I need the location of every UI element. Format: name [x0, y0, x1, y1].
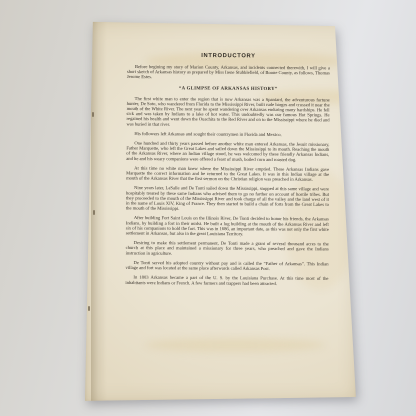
paper-age-stain: [260, 90, 380, 104]
paragraph: One hundred and thirty years passed befo…: [126, 141, 329, 163]
staple: [93, 210, 95, 215]
page-content: INTRODUCTORY Before begining my story of…: [125, 52, 330, 291]
paragraph: His followers left Arkansas and sought t…: [126, 131, 329, 138]
paragraph: The first white man to enter the region …: [126, 96, 329, 128]
paper-age-stain: [285, 170, 355, 290]
page-paper: INTRODUCTORY Before begining my story of…: [85, 20, 357, 402]
staple: [88, 306, 90, 311]
photo-background: INTRODUCTORY Before begining my story of…: [0, 0, 416, 416]
section-heading: “A GLIMPSE OF ARKANSAS HISTORY”: [127, 85, 330, 92]
intro-paragraph: Before begining my story of Marion Count…: [127, 64, 330, 81]
paragraph: After building Fort Saint Louis on the I…: [126, 215, 329, 237]
paper-age-stain: [145, 52, 345, 70]
paragraph: Desiring to make this settlement permane…: [126, 240, 329, 257]
staple: [92, 112, 94, 117]
page-title: INTRODUCTORY: [127, 52, 330, 59]
spine-crease: [91, 20, 107, 402]
paper-age-stain: [145, 338, 325, 352]
paragraph: De Tonti served his adopted country with…: [125, 260, 328, 272]
paragraph: In 1803 Arkansas became a part of the U.…: [125, 275, 328, 287]
book-page: INTRODUCTORY Before begining my story of…: [85, 20, 357, 402]
paragraph: Nine years later, LaSalle and De Tonti s…: [126, 185, 329, 212]
paragraph: At this time no white man knew where the…: [126, 165, 329, 182]
